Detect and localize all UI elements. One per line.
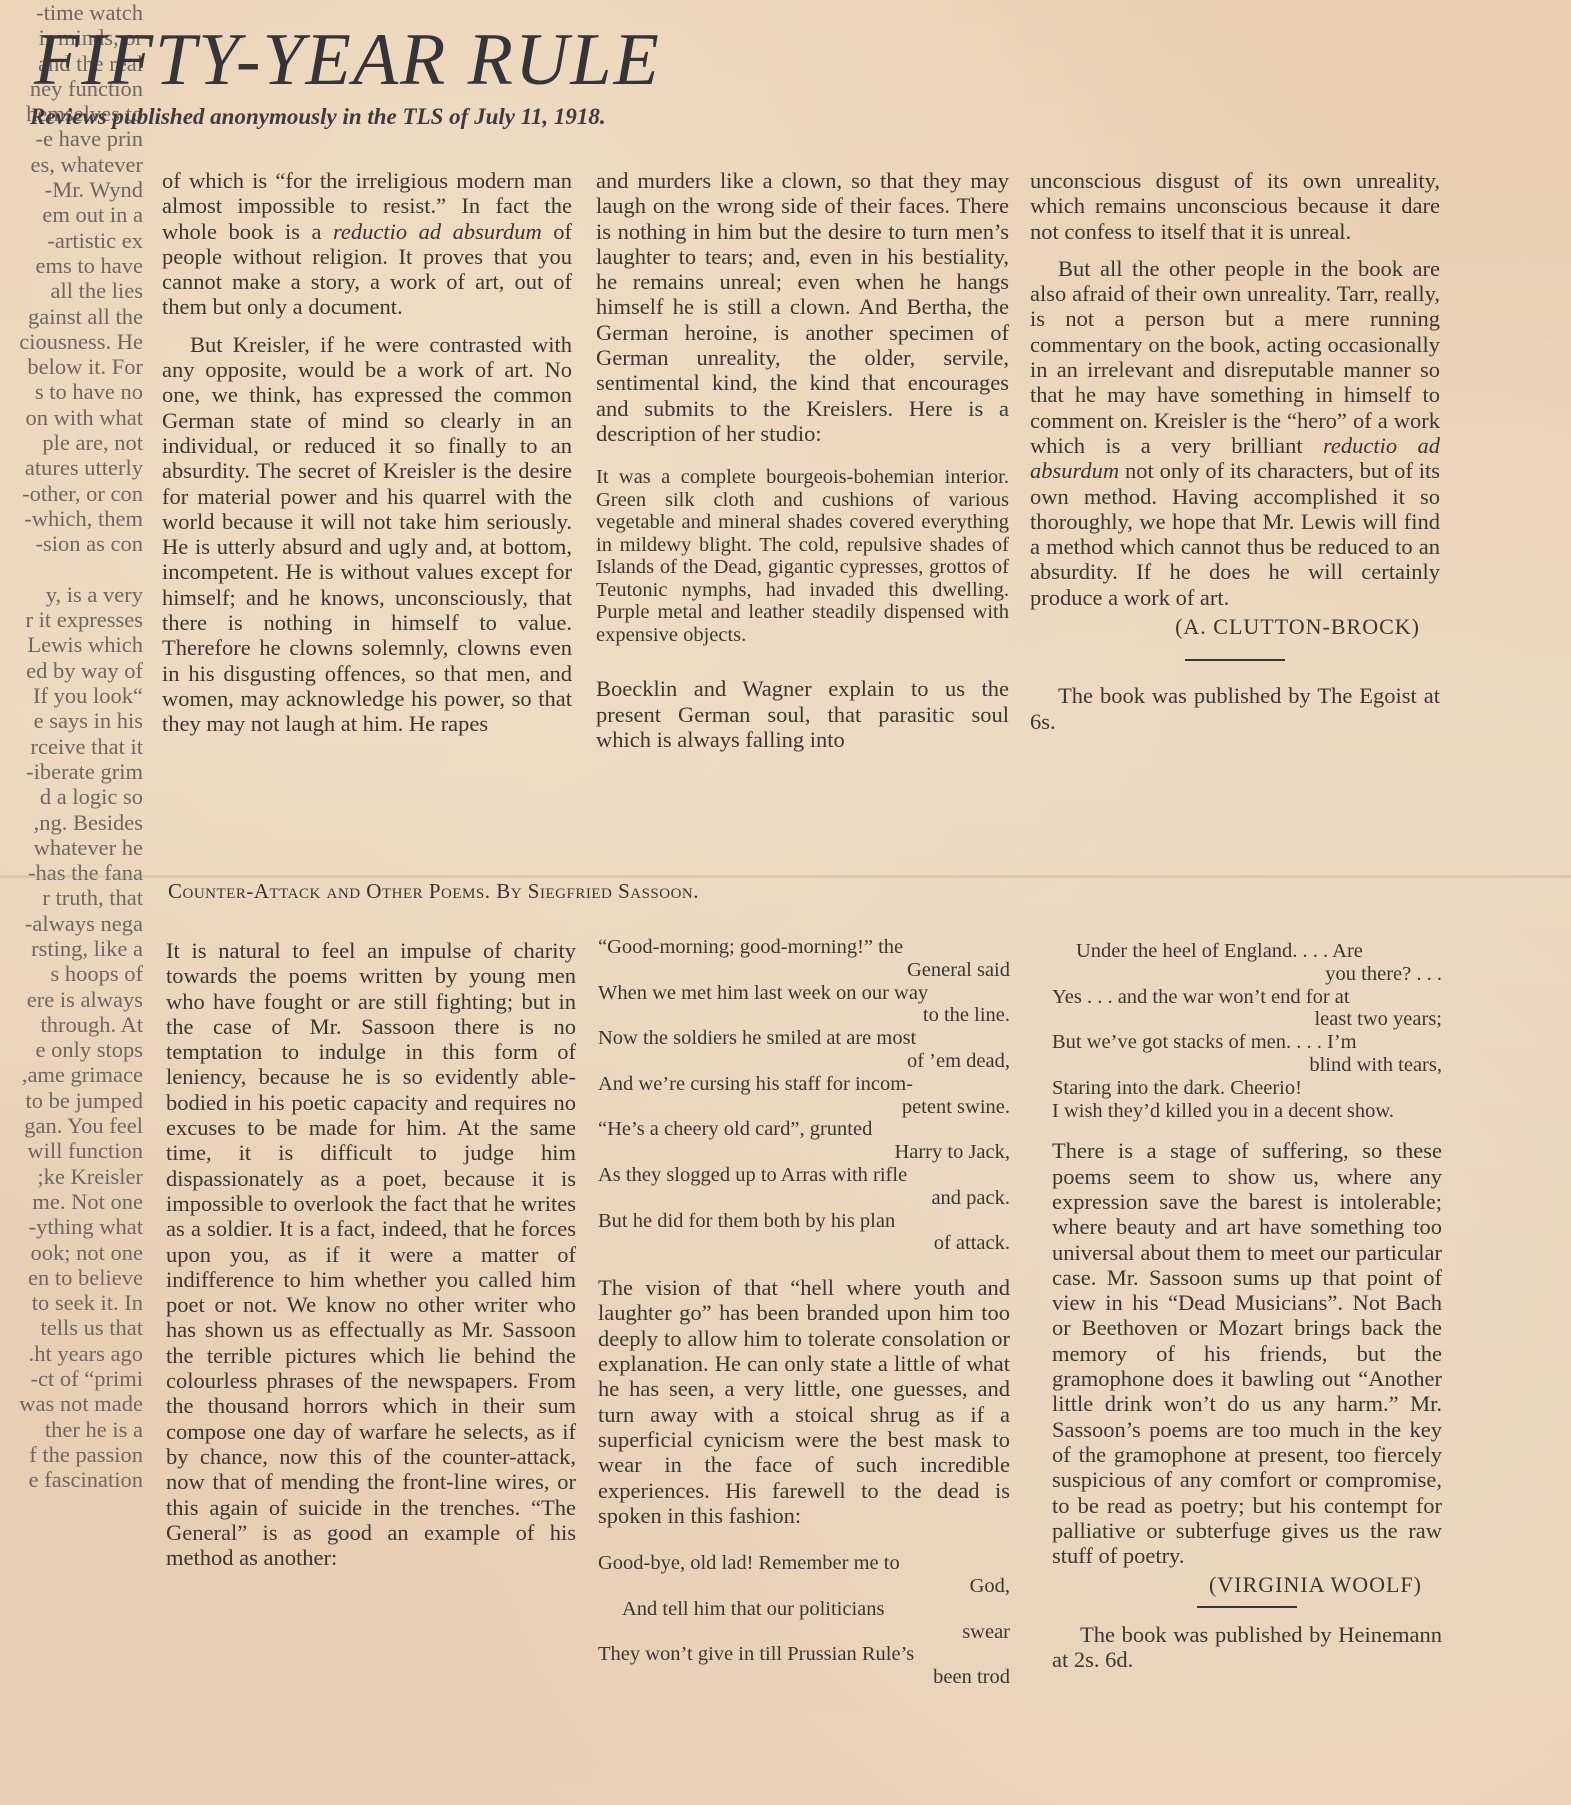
poem-line: I wish they’d killed you in a decent sho… xyxy=(1052,1100,1442,1123)
review2-column-2: “Good-morning; good-morning!” theGeneral… xyxy=(598,936,1010,1689)
fragment-line: s to have no xyxy=(0,379,143,404)
fragment-line: gan. You feel xyxy=(0,1113,143,1138)
poem-line: But he did for them both by his plan xyxy=(598,1210,1010,1233)
review1-paragraph: unconscious disgust of its own unreality… xyxy=(1030,168,1440,244)
fragment-line: ame grimace, xyxy=(0,1062,143,1087)
poem-line: General said xyxy=(598,959,1010,982)
fragment-line: artistic ex- xyxy=(0,228,143,253)
section-divider xyxy=(1197,1606,1297,1608)
fragment-line: f the passion xyxy=(0,1442,143,1467)
review2-paragraph: There is a stage of suffering, so these … xyxy=(1052,1138,1442,1568)
fragment-line: tells us that xyxy=(0,1315,143,1340)
fragment-line: r it expresses xyxy=(0,607,143,632)
fragment-line: will function xyxy=(0,1138,143,1163)
fragment-line: ple are, not xyxy=(0,430,143,455)
fragment-line: ht years ago. xyxy=(0,1341,143,1366)
fragment-line: to seek it. In xyxy=(0,1290,143,1315)
fragment-line: all the lies xyxy=(0,278,143,303)
review1-paragraph: and murders like a clown, so that they m… xyxy=(596,168,1009,446)
poem-line: Good-bye, old lad! Remember me to xyxy=(598,1552,1010,1575)
fragment-line: which, them- xyxy=(0,506,143,531)
fragment-line: sion as con- xyxy=(0,531,143,556)
publisher-note: The book was published by Heinemann at 2… xyxy=(1052,1622,1442,1673)
poem-line: blind with tears, xyxy=(1052,1054,1442,1077)
fragment-line: to be jumped xyxy=(0,1088,143,1113)
poem-line: And we’re cursing his staff for incom- xyxy=(598,1073,1010,1096)
fragment-line: ook; not one xyxy=(0,1240,143,1265)
fragment-line xyxy=(0,557,143,582)
fragment-line: y, is a very xyxy=(0,582,143,607)
fragment-line: ems to have xyxy=(0,253,143,278)
poem-line: been trod xyxy=(598,1666,1010,1689)
latin-phrase: reductio ad absurdum xyxy=(333,219,542,244)
fragment-line: gainst all the xyxy=(0,304,143,329)
fragment-line: e says in his xyxy=(0,708,143,733)
poem-line: Harry to Jack, xyxy=(598,1141,1010,1164)
newspaper-page: FIFTY-YEAR RULE Reviews published anonym… xyxy=(0,0,1571,1805)
fragment-line: e fascination xyxy=(0,1467,143,1492)
poem-line: “He’s a cheery old card”, grunted xyxy=(598,1118,1010,1141)
review1-paragraph: But all the other people in the book are… xyxy=(1030,256,1440,610)
fragment-line: ciousness. He xyxy=(0,329,143,354)
fragment-line: iberate grim- xyxy=(0,759,143,784)
fragment-line: es, whatever xyxy=(0,152,143,177)
fragment-line: s hoops of xyxy=(0,961,143,986)
poem-line: They won’t give in till Prussian Rule’s xyxy=(598,1643,1010,1666)
poem-continuation: Under the heel of England. . . . Areyou … xyxy=(1052,940,1442,1122)
poem-line: But we’ve got stacks of men. . . . I’m xyxy=(1052,1031,1442,1054)
block-quote: It was a complete bourgeois-bohemian int… xyxy=(596,466,1009,646)
review1-paragraph: of which is “for the irreligious modern … xyxy=(162,168,572,320)
fragment-line: has the fana- xyxy=(0,860,143,885)
fragment-line: en to believe xyxy=(0,1265,143,1290)
fragment-line: “If you look xyxy=(0,683,143,708)
fragment-line: d a logic so xyxy=(0,784,143,809)
poem-line: of attack. xyxy=(598,1232,1010,1255)
poem-line: you there? . . . xyxy=(1052,963,1442,986)
poem-line: and pack. xyxy=(598,1187,1010,1210)
fragment-line: ther he is a xyxy=(0,1417,143,1442)
fragment-line: atures utterly xyxy=(0,455,143,480)
fragment-line: r truth, that xyxy=(0,885,143,910)
fragment-line: ng. Besides, xyxy=(0,810,143,835)
fragment-line: on with what xyxy=(0,405,143,430)
poem-line: least two years; xyxy=(1052,1008,1442,1031)
review1-paragraph: But Kreisler, if he were contrasted with… xyxy=(162,332,572,737)
paper-crease xyxy=(0,875,1571,878)
fragment-line: was not made xyxy=(0,1391,143,1416)
fragment-line: rsting, like a xyxy=(0,936,143,961)
fragment-line: whatever he xyxy=(0,835,143,860)
fragment-line: other, or con- xyxy=(0,481,143,506)
fragment-line: Mr. Wynd- xyxy=(0,177,143,202)
review1-column-1: of which is “for the irreligious modern … xyxy=(162,168,572,737)
reviewer-signature: (A. CLUTTON-BROCK) xyxy=(1030,614,1440,639)
fragment-line: em out in a xyxy=(0,202,143,227)
fragment-line: through. At xyxy=(0,1012,143,1037)
review2-paragraph: It is natural to feel an impulse of char… xyxy=(166,938,576,1570)
fragment-line: me. Not one xyxy=(0,1189,143,1214)
poem-line: Under the heel of England. . . . Are xyxy=(1052,940,1442,963)
review2-column-3: Under the heel of England. . . . Areyou … xyxy=(1052,940,1442,1672)
poem-line: Staring into the dark. Cheerio! xyxy=(1052,1077,1442,1100)
poem-line: Now the soldiers he smiled at are most xyxy=(598,1027,1010,1050)
section-divider xyxy=(1185,659,1285,661)
fragment-line: ere is always xyxy=(0,987,143,1012)
fragment-line: e only stops xyxy=(0,1037,143,1062)
review2-paragraph: The vision of that “hell where youth and… xyxy=(598,1275,1010,1528)
review1-column-2: and murders like a clown, so that they m… xyxy=(596,168,1009,752)
poem-line: of ’em dead, xyxy=(598,1050,1010,1073)
poem-line: And tell him that our politicians xyxy=(598,1598,1010,1621)
poem-line: God, xyxy=(598,1575,1010,1598)
fragment-line: ke Kreisler; xyxy=(0,1164,143,1189)
review2-column-1: It is natural to feel an impulse of char… xyxy=(166,938,576,1570)
poem-line: to the line. xyxy=(598,1004,1010,1027)
poem-line: swear xyxy=(598,1621,1010,1644)
fragment-line: Lewis which xyxy=(0,632,143,657)
fragment-line: below it. For xyxy=(0,354,143,379)
poem-line: When we met him last week on our way xyxy=(598,982,1010,1005)
fragment-line: rceive that it xyxy=(0,734,143,759)
review1-paragraph: Boecklin and Wagner explain to us the pr… xyxy=(596,676,1009,752)
poem-farewell: Good-bye, old lad! Remember me toGod,And… xyxy=(598,1552,1010,1689)
review1-column-3: unconscious disgust of its own unreality… xyxy=(1030,168,1440,734)
fragment-line: e have prin- xyxy=(0,126,143,151)
page-title: FIFTY-YEAR RULE xyxy=(34,18,661,103)
fragment-line: ything what- xyxy=(0,1214,143,1239)
review2-heading: Counter-Attack and Other Poems. By Siegf… xyxy=(168,879,699,904)
fragment-line: ct of “primi- xyxy=(0,1366,143,1391)
publisher-note: The book was published by The Egoist at … xyxy=(1030,683,1440,734)
reviewer-signature: (VIRGINIA WOOLF) xyxy=(1052,1572,1442,1597)
poem-line: Yes . . . and the war won’t end for at xyxy=(1052,986,1442,1009)
page-subtitle: Reviews published anonymously in the TLS… xyxy=(30,104,606,130)
poem-the-general: “Good-morning; good-morning!” theGeneral… xyxy=(598,936,1010,1255)
fragment-line: always nega- xyxy=(0,911,143,936)
poem-line: “Good-morning; good-morning!” the xyxy=(598,936,1010,959)
left-column-fragment: time watch-ir minds, orand the realney f… xyxy=(0,0,143,1493)
poem-line: As they slogged up to Arras with rifle xyxy=(598,1164,1010,1187)
poem-line: petent swine. xyxy=(598,1096,1010,1119)
fragment-line: ed by way of xyxy=(0,658,143,683)
